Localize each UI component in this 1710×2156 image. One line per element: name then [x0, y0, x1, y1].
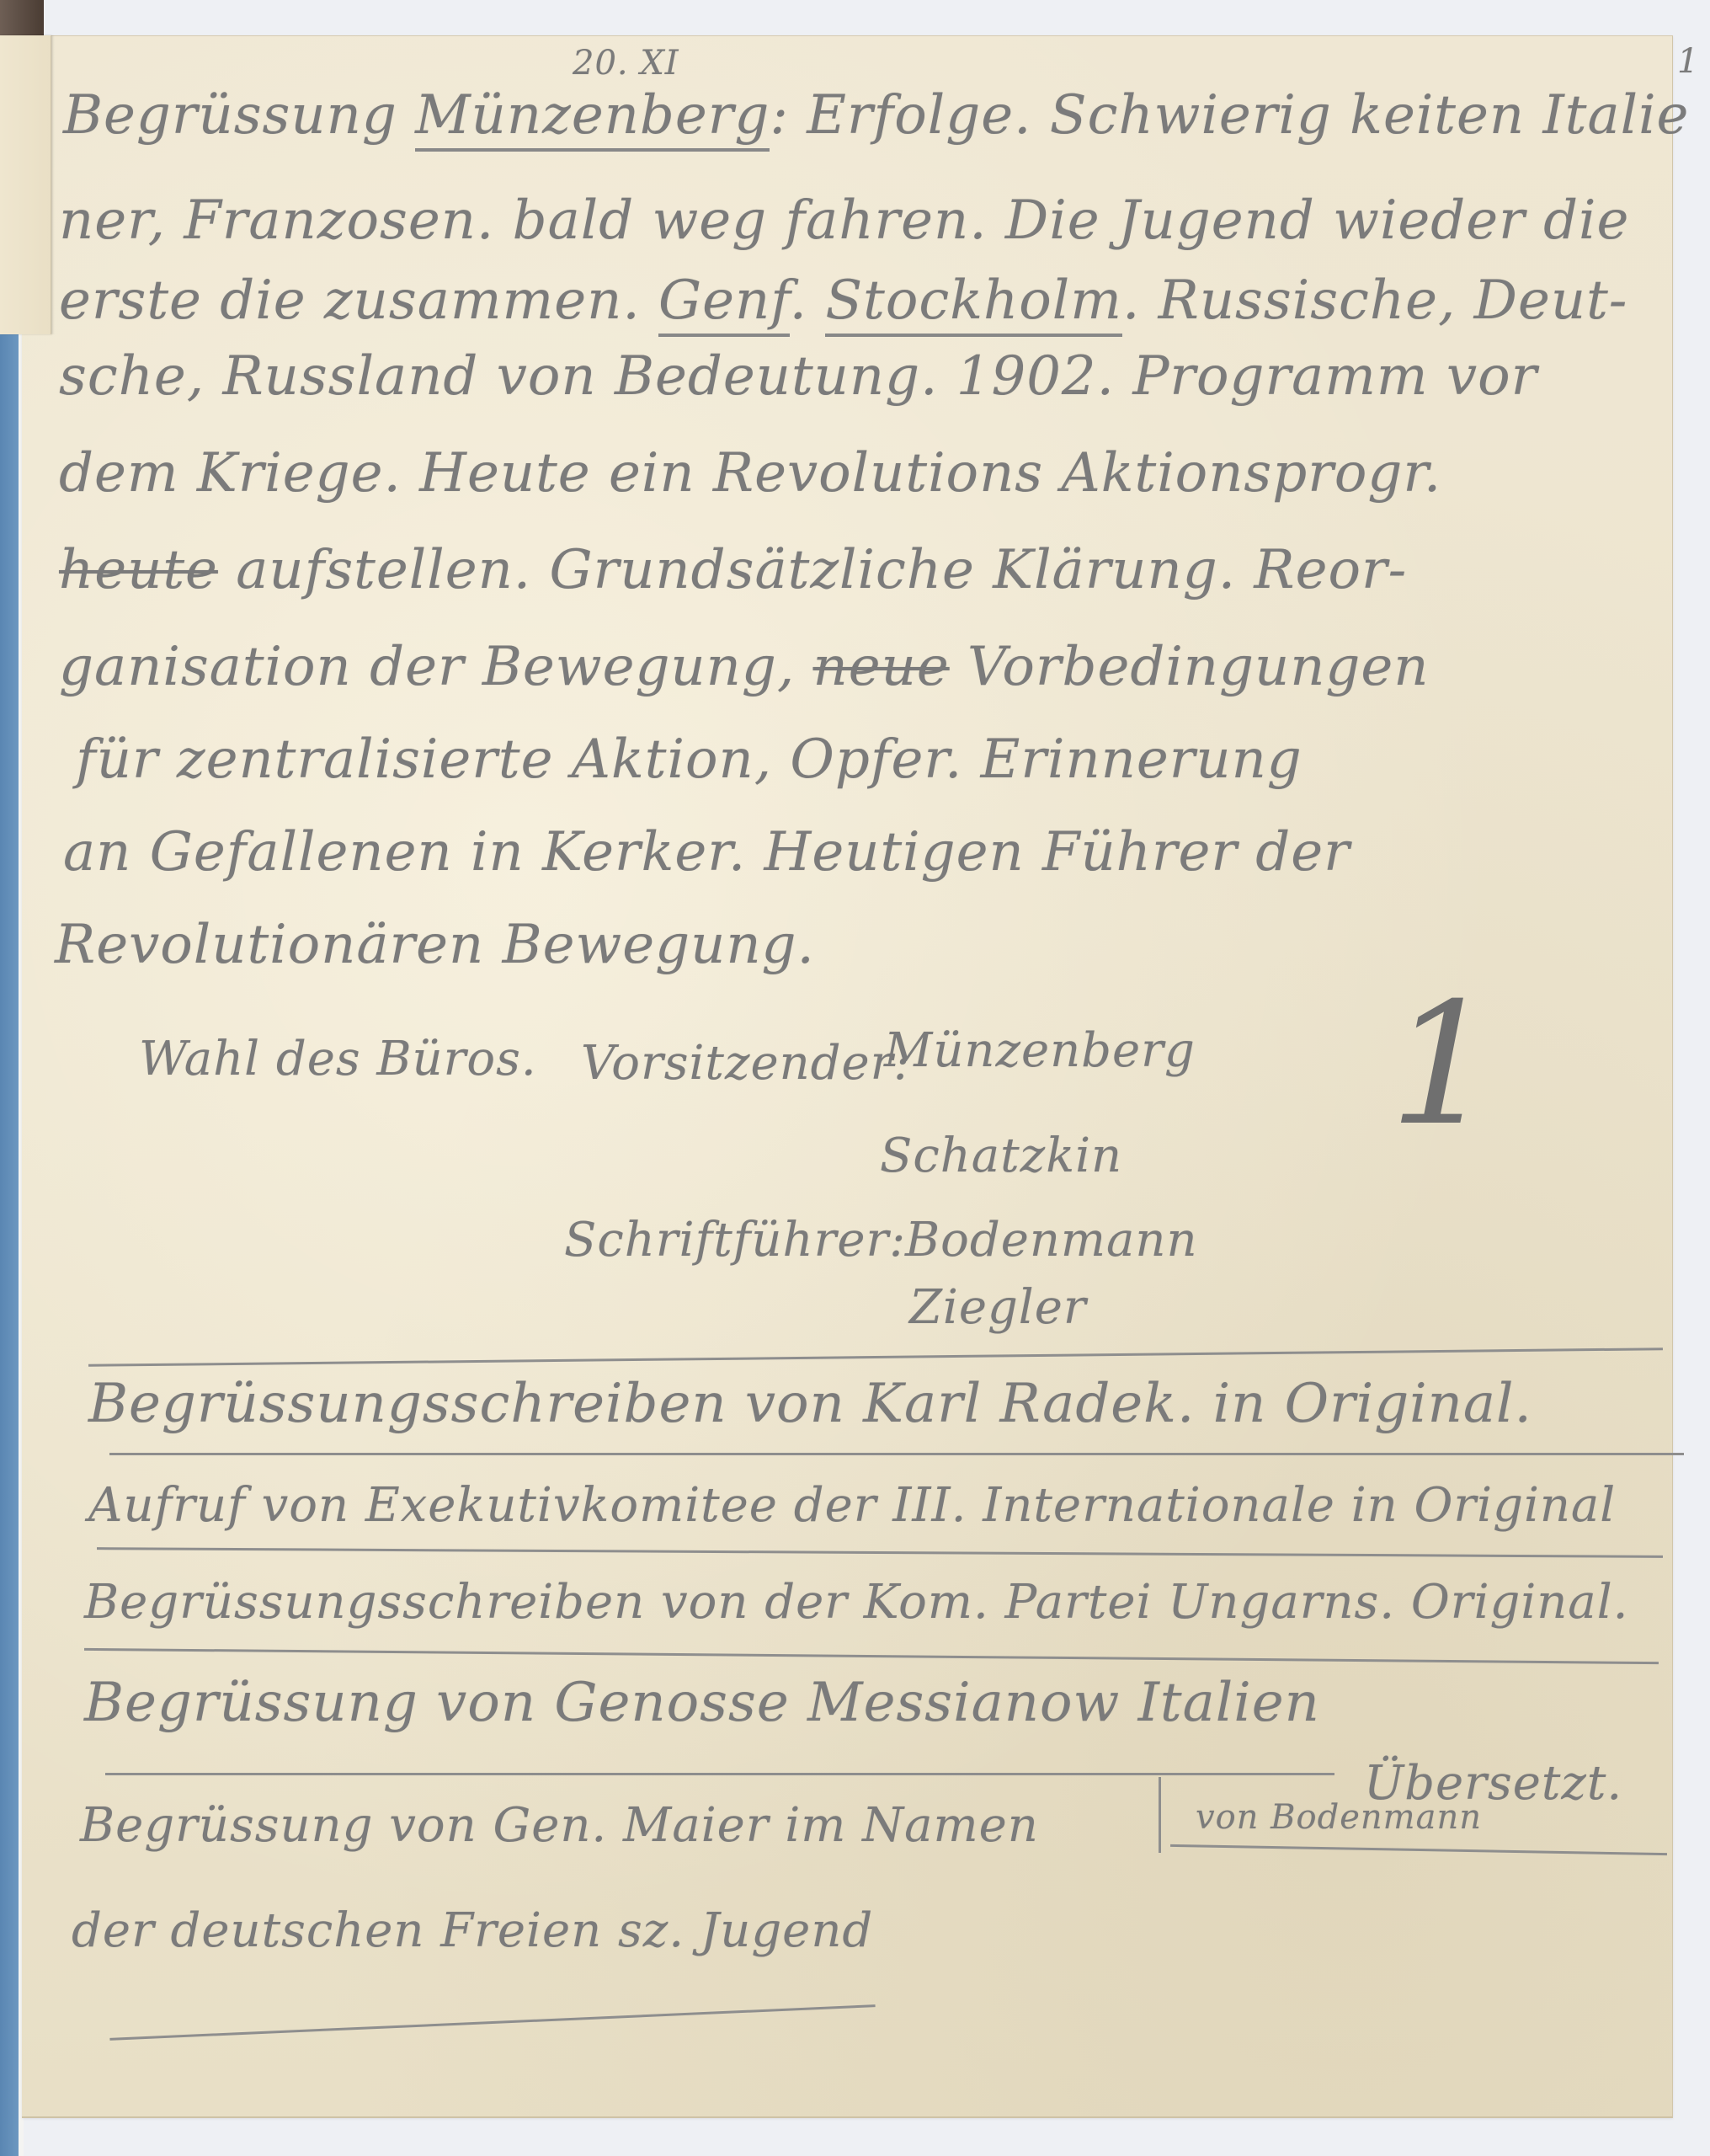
text-fragment: Vorbedingungen [950, 636, 1430, 698]
date-note: 20. XI [573, 44, 679, 83]
underlined-name: Münzenberg [415, 84, 770, 152]
rule-line [109, 1453, 1684, 1455]
margin-mark: 1 [1389, 981, 1496, 1150]
secretary-label: Schriftführer: [564, 1213, 906, 1267]
chair-label: Vorsitzender: [581, 1036, 910, 1091]
side-note-by: von Bodenmann [1196, 1798, 1482, 1837]
text-line-9: an Gefallenen in Kerker. Heutigen Führer… [63, 821, 1350, 883]
text-line-6: heute aufstellen. Grundsätzliche Klärung… [59, 539, 1407, 601]
struck-word: heute [59, 539, 218, 601]
text-fragment: : Erfolge. Schwierig keiten Italie [770, 84, 1689, 147]
secretary-name-1: Bodenmann [905, 1213, 1198, 1267]
item-radek: Begrüssungsschreiben von Karl Radek. in … [88, 1373, 1532, 1435]
text-fragment: erste die zusammen. [59, 269, 658, 332]
text-line-3: erste die zusammen. Genf. Stockholm. Rus… [59, 269, 1627, 332]
mount-board [0, 333, 19, 2156]
text-line-2: ner, Franzosen. bald weg fahren. Die Jug… [59, 189, 1629, 252]
item-maier-continuation: der deutschen Freien sz. Jugend [72, 1903, 873, 1958]
election-heading: Wahl des Büros. [139, 1032, 537, 1086]
hinge-tab [0, 35, 51, 334]
item-maier: Begrüssung von Gen. Maier im Namen [80, 1798, 1039, 1853]
rule-line [105, 1773, 1334, 1775]
text-line-8: für zentralisierte Aktion, Opfer. Erinne… [76, 728, 1302, 791]
chair-name-1: Münzenberg [884, 1023, 1196, 1078]
text-fragment: Begrüssung [63, 84, 415, 147]
secretary-name-2: Ziegler [909, 1280, 1087, 1335]
text-line-4: sche, Russland von Bedeutung. 1902. Prog… [59, 345, 1537, 408]
struck-word: neue [813, 636, 950, 698]
bracket-line [1159, 1777, 1161, 1853]
text-line-10: Revolutionären Bewegung. [55, 914, 815, 976]
text-line-1: Begrüssung Münzenberg: Erfolge. Schwieri… [63, 84, 1689, 147]
text-line-5: dem Kriege. Heute ein Revolutions Aktion… [59, 442, 1441, 504]
item-messianow: Begrüssung von Genosse Messianow Italien [84, 1672, 1320, 1734]
text-fragment: aufstellen. Grundsätzliche Klärung. Reor… [218, 539, 1407, 601]
chair-name-2: Schatzkin [880, 1129, 1122, 1183]
text-fragment: . [790, 269, 826, 332]
text-fragment: . Russische, Deut- [1122, 269, 1627, 332]
page-number: 1 [1677, 42, 1699, 81]
item-executive-committee: Aufruf von Exekutivkomitee der III. Inte… [88, 1478, 1616, 1533]
underlined-place: Genf [658, 269, 790, 337]
text-fragment: ganisation der Bewegung, [59, 636, 813, 698]
underlined-place: Stockholm [825, 269, 1122, 337]
fold-shadow [51, 35, 56, 334]
item-hungary: Begrüssungsschreiben von der Kom. Partei… [84, 1575, 1628, 1630]
text-line-7: ganisation der Bewegung, neue Vorbedingu… [59, 636, 1429, 698]
